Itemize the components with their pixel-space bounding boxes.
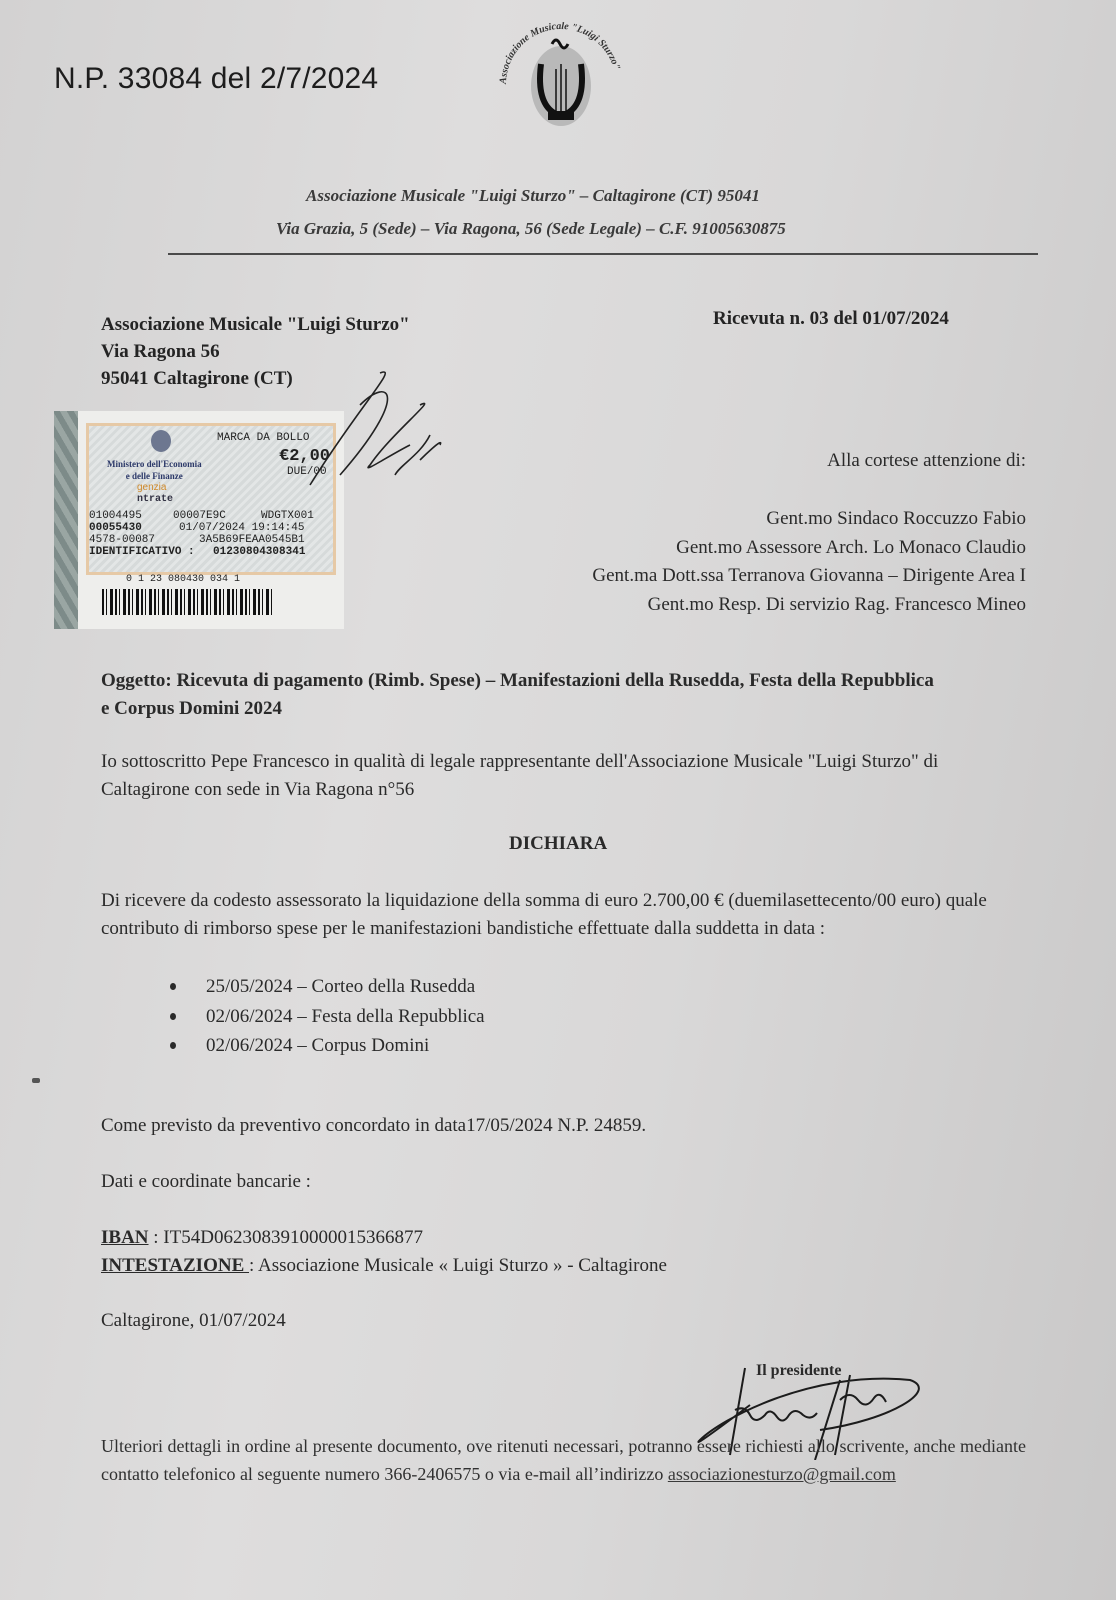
stamp-security-band (54, 411, 78, 629)
events-list: 25/05/2024 – Corteo della Rusedda 02/06/… (170, 972, 485, 1061)
barcode-number: 0 1 23 080430 034 1 (126, 574, 240, 586)
recipient: Gent.mo Resp. Di servizio Rag. Francesco… (592, 591, 1026, 620)
subject-line: Oggetto: Ricevuta di pagamento (Rimb. Sp… (101, 667, 941, 723)
bank-details-intro: Dati e coordinate bancarie : (101, 1168, 1016, 1196)
contact-email-link[interactable]: associazionesturzo@gmail.com (668, 1464, 896, 1484)
receipt-number: Ricevuta n. 03 del 01/07/2024 (713, 308, 949, 330)
recipient: Gent.ma Dott.ssa Terranova Giovanna – Di… (592, 562, 1026, 591)
event-item: 02/06/2024 – Corpus Domini (170, 1031, 485, 1061)
attention-label: Alla cortese attenzione di: (827, 450, 1026, 472)
event-item: 02/06/2024 – Festa della Repubblica (170, 1002, 485, 1032)
bank-details: IBAN : IT54D0623083910000015366877 INTES… (101, 1224, 667, 1280)
stamp-title: MARCA DA BOLLO (217, 432, 309, 444)
declaration-paragraph: Di ricevere da codesto assessorato la li… (101, 887, 1016, 943)
holder-label: INTESTAZIONE (101, 1255, 249, 1276)
holder-row: INTESTAZIONE : Associazione Musicale « L… (101, 1252, 667, 1280)
stamp-cancellation-signature (300, 365, 450, 505)
declares-heading: DICHIARA (509, 833, 607, 855)
holder-value: : Associazione Musicale « Luigi Sturzo »… (249, 1255, 667, 1276)
footer-note: Ulteriori dettagli in ordine al presente… (101, 1432, 1026, 1488)
intro-paragraph: Io sottoscritto Pepe Francesco in qualit… (101, 748, 1016, 804)
letterhead-line-1: Associazione Musicale "Luigi Sturzo" – C… (306, 186, 760, 206)
paper-speck (32, 1078, 40, 1083)
recipients-list: Gent.mo Sindaco Roccuzzo Fabio Gent.mo A… (592, 505, 1026, 619)
sender-street: Via Ragona 56 (101, 338, 410, 365)
event-item: 25/05/2024 – Corteo della Rusedda (170, 972, 485, 1002)
association-logo-lyre-icon: Associazione Musicale "Luigi Sturzo" (486, 4, 636, 154)
sender-name: Associazione Musicale "Luigi Sturzo" (101, 311, 410, 338)
iban-value: : IT54D0623083910000015366877 (149, 1227, 423, 1248)
barcode (102, 589, 272, 615)
quote-reference: Come previsto da preventivo concordato i… (101, 1112, 1016, 1140)
iban-row: IBAN : IT54D0623083910000015366877 (101, 1224, 667, 1252)
stamp-ministry: Ministero dell'Economia e delle Finanze (107, 458, 202, 482)
protocol-number-stamp: N.P. 33084 del 2/7/2024 (54, 62, 378, 96)
agenzia-entrate-logo: genzia ntrate (137, 482, 173, 505)
place-date: Caltagirone, 01/07/2024 (101, 1310, 286, 1332)
stamp-body: Ministero dell'Economia e delle Finanze … (86, 423, 336, 575)
recipient: Gent.mo Sindaco Roccuzzo Fabio (592, 505, 1026, 534)
iban-label: IBAN (101, 1227, 149, 1248)
letterhead-line-2: Via Grazia, 5 (Sede) – Via Ragona, 56 (S… (276, 219, 786, 239)
republic-emblem-icon (151, 430, 171, 452)
letterhead-divider (168, 253, 1038, 255)
recipient: Gent.mo Assessore Arch. Lo Monaco Claudi… (592, 534, 1026, 563)
